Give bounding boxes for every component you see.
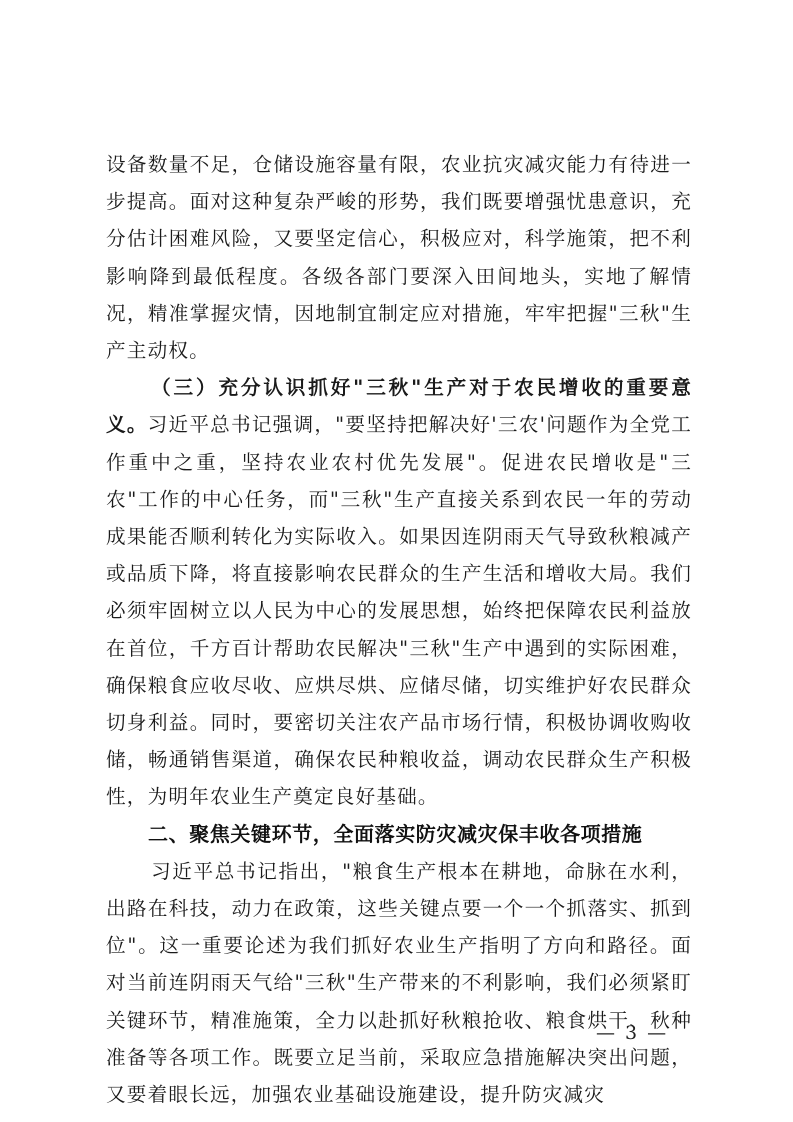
paragraph-continuation: 设备数量不足，仓储设施容量有限，农业抗灾减灾能力有待进一步提高。面对这种复杂严峻…	[106, 146, 692, 369]
paragraph-key-measures: 习近平总书记指出，"粮食生产根本在耕地，命脉在水利，出路在科技，动力在政策，这些…	[106, 853, 692, 1113]
section-heading: 二、聚焦关键环节，全面落实防灾减灾保丰收各项措施	[106, 816, 692, 853]
paragraph-text: 习近平总书记指出，"粮食生产根本在耕地，命脉在水利，出路在科技，动力在政策，这些…	[106, 860, 692, 1106]
document-body: 设备数量不足，仓储设施容量有限，农业抗灾减灾能力有待进一步提高。面对这种复杂严峻…	[106, 146, 692, 1113]
paragraph-text: 设备数量不足，仓储设施容量有限，农业抗灾减灾能力有待进一步提高。面对这种复杂严峻…	[106, 153, 692, 362]
paragraph-text: 习近平总书记强调，"要坚持把解决好'三农'问题作为全党工作重中之重，坚持农业农村…	[106, 413, 692, 808]
page-number: — 3 —	[596, 1022, 668, 1044]
document-page: 设备数量不足，仓储设施容量有限，农业抗灾减灾能力有待进一步提高。面对这种复杂严峻…	[0, 0, 793, 1122]
paragraph-farmers-income: （三）充分认识抓好"三秋"生产对于农民增收的重要意义。习近平总书记强调，"要坚持…	[106, 369, 692, 815]
